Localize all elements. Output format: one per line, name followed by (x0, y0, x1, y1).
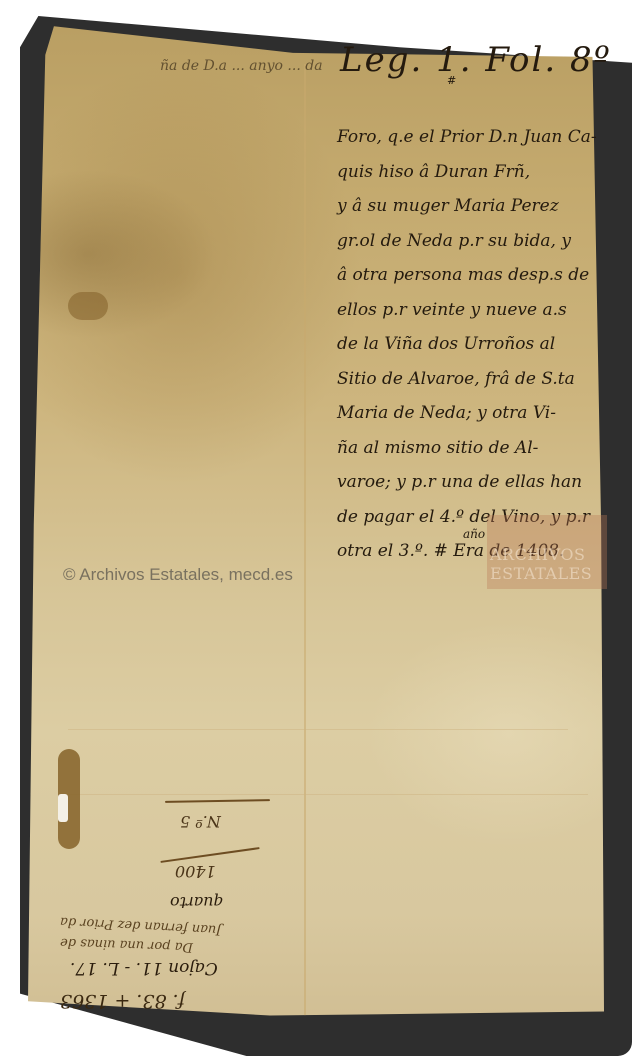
archive-logo-text: ARCHIVOS ESTATALES (490, 545, 592, 583)
horizontal-fold-line (68, 794, 588, 795)
logo-line: ARCHIVOS (490, 545, 592, 564)
inverted-annotation: Cajon 11. - L. 17. (70, 958, 218, 978)
manuscript-body: Foro, q.e el Prior D.n Juan Ca- quis his… (337, 120, 597, 569)
stain-mark (68, 292, 108, 320)
body-line: â otra persona mas desp.s de (337, 258, 597, 293)
inverted-annotation: quarto (170, 893, 224, 912)
body-line: de la Viña dos Urroños al (337, 327, 597, 362)
body-line: Foro, q.e el Prior D.n Juan Ca- (337, 120, 597, 155)
copyright-watermark: © Archivos Estatales, mecd.es (63, 565, 293, 585)
body-line: gr.ol de Neda p.r su bida, y (337, 224, 597, 259)
vertical-fold-line (304, 64, 306, 1024)
faded-header-line: ña de D.a ... anyo ... da (160, 58, 323, 74)
body-line: Sitio de Alvaroe, frâ de S.ta (337, 362, 597, 397)
torn-hole (58, 794, 68, 822)
number-mark: N.º 5 (180, 812, 221, 831)
body-line: Maria de Neda; y otra Vi- (337, 396, 597, 431)
body-line: ña al mismo sitio de Al- (337, 431, 597, 466)
interlinear-note: año (463, 527, 485, 541)
body-line: varoe; y p.r una de ellas han (337, 465, 597, 500)
inverted-annotation: f. 83. + 1363 (60, 990, 185, 1012)
body-line: y â su muger Maria Perez (337, 189, 597, 224)
year-mark: 1400 (175, 862, 216, 881)
header-sub-mark: # (447, 74, 456, 87)
body-line: quis hiso â Duran Frñ, (337, 155, 597, 190)
body-line: ellos p.r veinte y nueve a.s (337, 293, 597, 328)
logo-line: ESTATALES (490, 564, 592, 583)
legajo-folio-heading: Leg. 1. Fol. 8º (340, 40, 612, 80)
horizontal-fold-line (68, 729, 568, 730)
